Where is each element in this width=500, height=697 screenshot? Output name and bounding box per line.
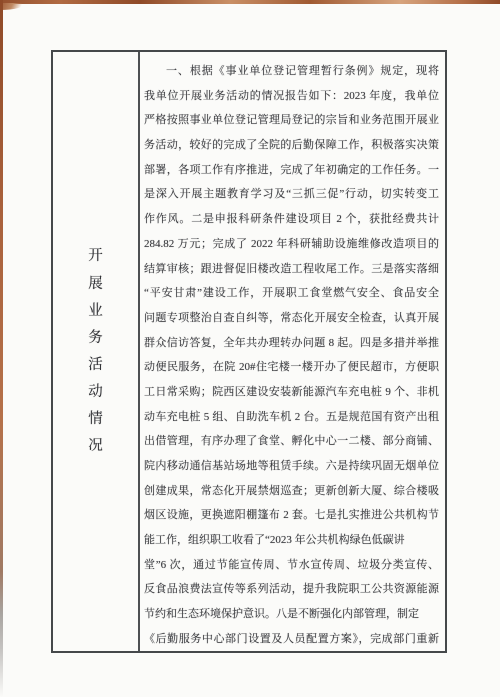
report-line: 结算审核；跟进督促旧楼改造工程收尾工作。三是落实落细: [144, 257, 439, 282]
row-label-char: 展: [88, 277, 103, 292]
row-label-char: 业: [88, 304, 103, 319]
row-label-char: 活: [88, 358, 103, 373]
report-line: 动车充电桩 5 组、自助洗车机 2 台。五是规范国有资产出租: [144, 405, 439, 430]
row-label-char: 情: [88, 412, 103, 427]
report-line: 是深入开展主题教育学习及“三抓三促”行动，切实转变工: [144, 182, 439, 207]
photo-top-left-corner: [0, 3, 26, 10]
photo-top-edge: [0, 0, 500, 4]
report-line: 创建成果，常态化开展禁烟巡查；更新创新大厦、综合楼吸: [144, 479, 439, 504]
report-table: 开 展 业 务 活 动 情 况 一、根据《事业单位登记管理暂行条例》规定，现将 …: [51, 50, 447, 653]
report-line: 群众信访答复，全年共办理转办问题 8 起。四是多措并举推: [144, 331, 439, 356]
row-label-char: 况: [88, 439, 103, 454]
report-line: 《后勤服务中心部门设置及人员配置方案》，完成部门重新: [144, 627, 439, 651]
row-label-char: 开: [88, 249, 103, 264]
report-line: 动便民服务，在院 20#住宅楼一楼开办了便民超市，方便职: [144, 355, 439, 380]
report-line: 作作风。二是申报科研条件建设项目 2 个，获批经费共计: [144, 207, 439, 232]
report-line: 部署，各项工作有序推进，完成了年初确定的工作任务。一: [144, 158, 439, 183]
row-label-cell: 开 展 业 务 活 动 情 况: [53, 52, 140, 651]
report-line: 反食品浪费法宣传等系列活动，提升我院职工公共资源能源: [144, 577, 439, 602]
report-line: 院内移动通信基站场地等租赁手续。六是持续巩固无烟单位: [144, 454, 439, 479]
report-line: 节约和生态环境保护意识。八是不断强化内部管理，制定: [144, 602, 439, 627]
report-line: 问题专项整治自查自纠等，常态化开展安全检查，认真开展: [144, 306, 439, 331]
report-line: 烟区设施，更换遮阳棚篷布 2 套。七是扎实推进公共机构节: [144, 503, 439, 528]
report-line: 堂”6 次，通过节能宣传周、节水宣传周、垃圾分类宣传、: [144, 553, 439, 578]
report-line: 务活动，较好的完成了全院的后勤保障工作，积极落实决策: [144, 133, 439, 158]
report-line: 284.82 万元；完成了 2022 年科研辅助设施维修改造项目的: [144, 232, 439, 257]
photo-left-edge: [0, 0, 3, 697]
report-line: 一、根据《事业单位登记管理暂行条例》规定，现将: [144, 59, 439, 84]
report-line: “平安甘肃”建设工作，开展职工食堂燃气安全、食品安全: [144, 281, 439, 306]
scanned-document-page: 开 展 业 务 活 动 情 况 一、根据《事业单位登记管理暂行条例》规定，现将 …: [0, 0, 500, 697]
report-line: 工日常采购；院西区建设安装新能源汽车充电桩 9 个、非机: [144, 380, 439, 405]
report-line: 我单位开展业务活动的情况报告如下：2023 年度，我单位: [144, 84, 439, 109]
row-label-char: 动: [88, 385, 103, 400]
report-content-cell: 一、根据《事业单位登记管理暂行条例》规定，现将 我单位开展业务活动的情况报告如下…: [140, 52, 445, 651]
report-line: 能工作，组织职工收看了“2023 年公共机构绿色低碳讲: [144, 528, 439, 553]
report-line: 出借管理，有序办理了食堂、孵化中心一二楼、部分商铺、: [144, 429, 439, 454]
row-label-char: 务: [88, 331, 103, 346]
report-line: 严格按照事业单位登记管理局登记的宗旨和业务范围开展业: [144, 108, 439, 133]
